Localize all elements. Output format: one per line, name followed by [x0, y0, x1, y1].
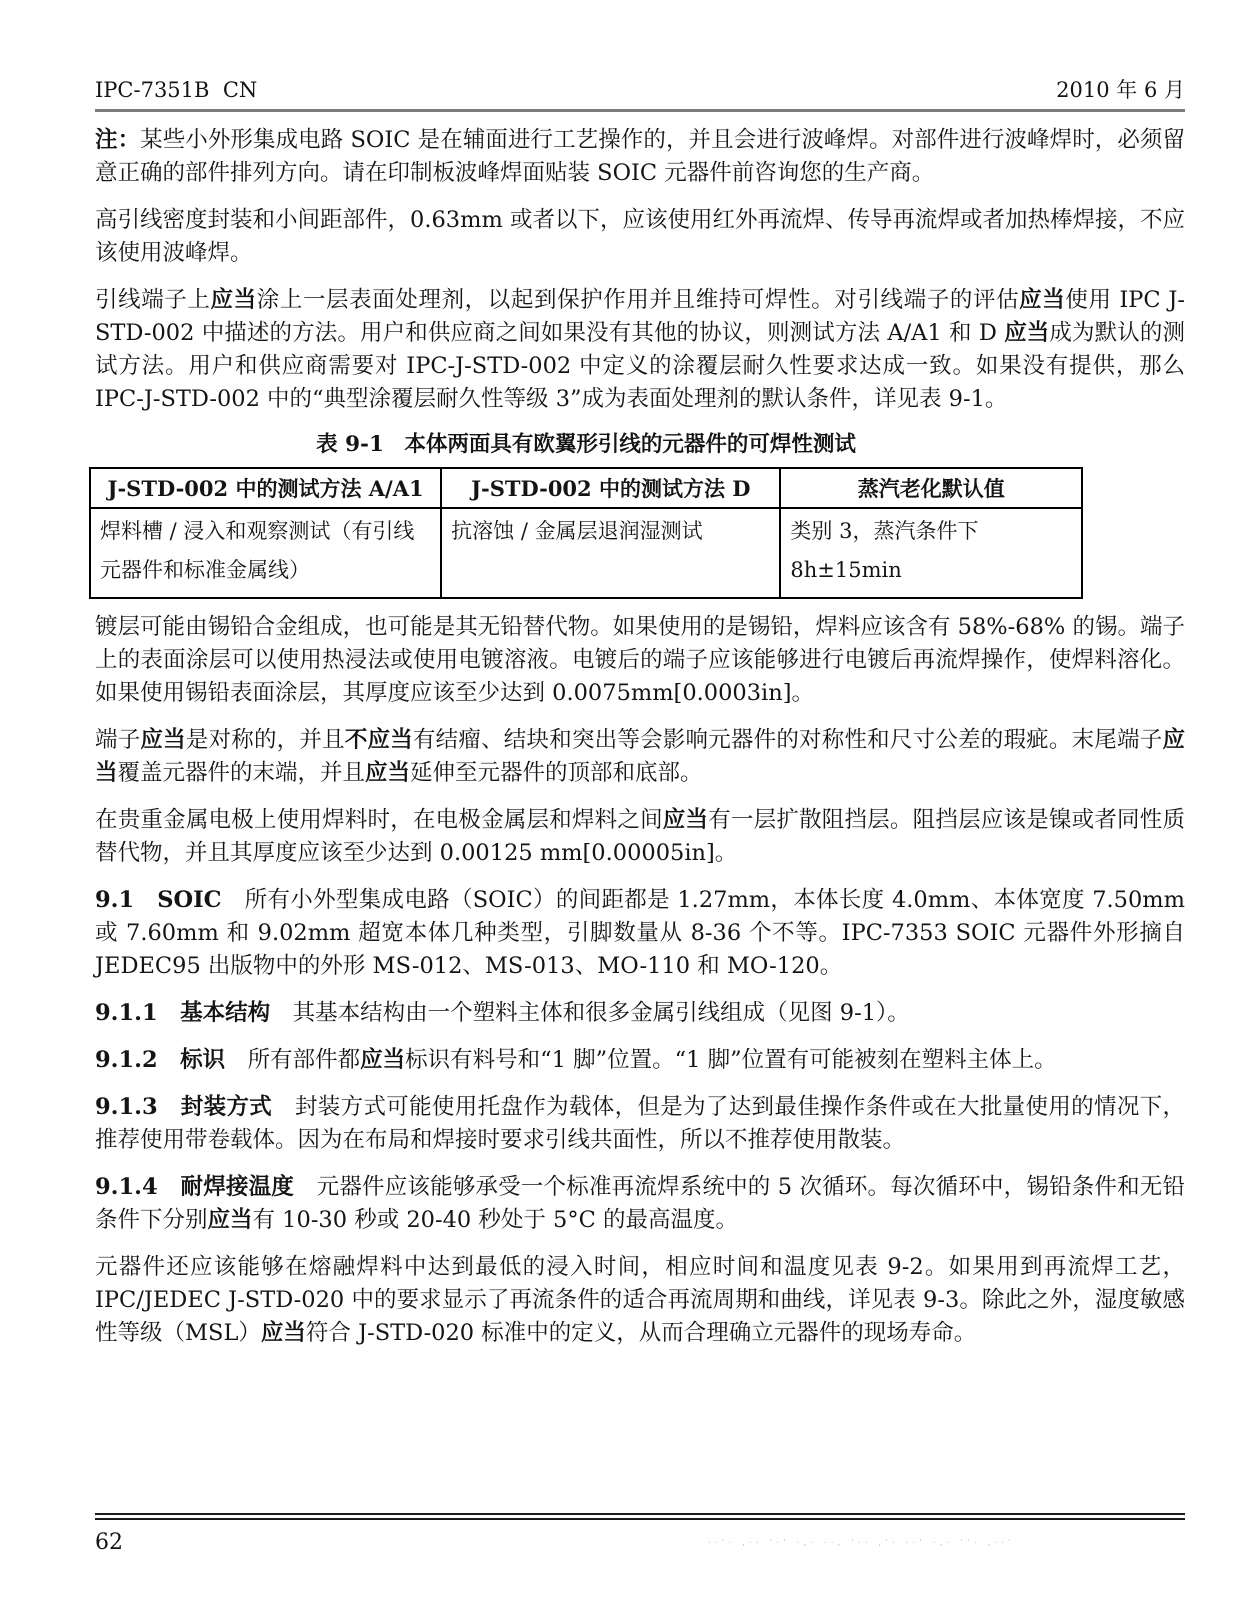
- section-9-1-4-soldering-temperature: 9.1.4 耐焊接温度 元器件应该能够承受一个标准再流焊系统中的 5 次循环。每…: [95, 1171, 1185, 1237]
- text-run: 应当: [208, 1207, 253, 1233]
- text-run: 应当: [140, 727, 185, 753]
- text-run: 应当: [1004, 320, 1049, 346]
- page-header: IPC-7351B CN 2010 年 6 月: [95, 0, 1185, 102]
- paragraph-plating: 镀层可能由锡铅合金组成，也可能是其无铅替代物。如果使用的是锡铅，焊料应该含有 5…: [95, 611, 1185, 710]
- text-run: 9.1.2 标识: [95, 1047, 225, 1073]
- text-run: 某些小外形集成电路 SOIC 是在辅面进行工艺操作的，并且会进行波峰焊。对部件进…: [95, 127, 1185, 186]
- text-run: 应当: [261, 1320, 306, 1346]
- paragraph-surface-finish: 引线端子上应当涂上一层表面处理剂，以起到保护作用并且维持可焊性。对引线端子的评估…: [95, 284, 1185, 416]
- page-footer: 62 ··'· ,·· '·' ·,· ··, '·· ,'· ··' ·,· …: [95, 1513, 1185, 1556]
- text-run: 符合 J-STD-020 标准中的定义，从而合理确立元器件的现场寿命。: [306, 1320, 976, 1346]
- text-run: 引线端子上: [95, 287, 211, 313]
- text-run: 应当: [360, 1047, 405, 1073]
- document-body: 注：某些小外形集成电路 SOIC 是在辅面进行工艺操作的，并且会进行波峰焊。对部…: [95, 124, 1185, 1350]
- table-caption: 表 9-1本体两面具有欧翼形引线的元器件的可焊性测试: [89, 430, 1083, 460]
- text-run: 其基本结构由一个塑料主体和很多金属引线组成（见图 9-1）。: [270, 1000, 910, 1026]
- table-row: 焊料槽 / 浸入和观察测试（有引线元器件和标准金属线） 抗溶蚀 / 金属层退润湿…: [90, 508, 1082, 598]
- text-run: 9.1.4 耐焊接温度: [95, 1174, 294, 1200]
- table-caption-label: 表 9-1: [316, 432, 384, 457]
- text-run: 是对称的，并且: [186, 727, 345, 753]
- text-run: 有结瘤、结块和突出等会影响元器件的对称性和尺寸公差的瑕疵。末尾端子: [413, 727, 1162, 753]
- section-9-1-3-packaging: 9.1.3 封装方式 封装方式可能使用托盘作为载体，但是为了达到最佳操作条件或在…: [95, 1091, 1185, 1157]
- section-9-1-1-basic-structure: 9.1.1 基本结构 其基本结构由一个塑料主体和很多金属引线组成（见图 9-1）…: [95, 997, 1185, 1030]
- page-content: IPC-7351B CN 2010 年 6 月 注：某些小外形集成电路 SOIC…: [95, 0, 1185, 1364]
- paragraph-note: 注：某些小外形集成电路 SOIC 是在辅面进行工艺操作的，并且会进行波峰焊。对部…: [95, 124, 1185, 190]
- text-run: 端子: [95, 727, 140, 753]
- table-9-1-block: 表 9-1本体两面具有欧翼形引线的元器件的可焊性测试 J-STD-002 中的测…: [89, 430, 1083, 599]
- section-9-1-soic: 9.1 SOIC 所有小外型集成电路（SOIC）的间距都是 1.27mm，本体长…: [95, 884, 1185, 983]
- text-run: 镀层可能由锡铅合金组成，也可能是其无铅替代物。如果使用的是锡铅，焊料应该含有 5…: [95, 614, 1185, 706]
- paragraph-lead-density: 高引线密度封装和小间距部件，0.63mm 或者以下，应该使用红外再流焊、传导再流…: [95, 204, 1185, 270]
- page-number: 62: [95, 1530, 123, 1555]
- text-run: 延伸至元器件的顶部和底部。: [410, 760, 703, 786]
- text-run: 应当: [663, 807, 708, 833]
- text-run: 应当: [1019, 287, 1065, 313]
- table-header-method-d: J-STD-002 中的测试方法 D: [441, 468, 780, 508]
- text-run: 应当: [211, 287, 257, 313]
- paragraph-closing: 元器件还应该能够在熔融焊料中达到最低的浸入时间，相应时间和温度见表 9-2。如果…: [95, 1251, 1185, 1350]
- solderability-test-table: J-STD-002 中的测试方法 A/A1 J-STD-002 中的测试方法 D…: [89, 467, 1083, 599]
- doc-date: 2010 年 6 月: [1056, 78, 1185, 102]
- paragraph-diffusion-barrier: 在贵重金属电极上使用焊料时，在电极金属层和焊料之间应当有一层扩散阻挡层。阻挡层应…: [95, 804, 1185, 870]
- text-run: 应当: [365, 760, 410, 786]
- doc-number: IPC-7351B CN: [95, 78, 257, 102]
- paragraph-terminal-symmetry: 端子应当是对称的，并且不应当有结瘤、结块和突出等会影响元器件的对称性和尺寸公差的…: [95, 724, 1185, 790]
- text-run: 不应当: [345, 727, 413, 753]
- section-9-1-2-marking: 9.1.2 标识 所有部件都应当标识有料号和“1 脚”位置。“1 脚”位置有可能…: [95, 1044, 1185, 1077]
- header-rule: [95, 109, 1185, 112]
- table-header-row: J-STD-002 中的测试方法 A/A1 J-STD-002 中的测试方法 D…: [90, 468, 1082, 508]
- table-header-steam-aging: 蒸汽老化默认值: [780, 468, 1082, 508]
- text-run: 9.1 SOIC: [95, 887, 222, 913]
- text-run: 在贵重金属电极上使用焊料时，在电极金属层和焊料之间: [95, 807, 663, 833]
- text-run: 9.1.1 基本结构: [95, 1000, 270, 1026]
- text-run: 所有小外型集成电路（SOIC）的间距都是 1.27mm，本体长度 4.0mm、本…: [95, 887, 1185, 979]
- text-run: 注：: [95, 127, 140, 153]
- table-header-method-a: J-STD-002 中的测试方法 A/A1: [90, 468, 441, 508]
- text-run: 所有部件都: [225, 1047, 360, 1073]
- text-run: 有 10-30 秒或 20-40 秒处于 5°C 的最高温度。: [253, 1207, 738, 1233]
- table-cell-method-d: 抗溶蚀 / 金属层退润湿测试: [441, 508, 780, 598]
- document-page: { "header": { "doc_number": "IPC-7351B C…: [0, 0, 1254, 1622]
- text-run: 涂上一层表面处理剂，以起到保护作用并且维持可焊性。对引线端子的评估: [257, 287, 1019, 313]
- footer-rule: [95, 1513, 1185, 1520]
- footer-row: 62 ··'· ,·· '·' ·,· ··, '·· ,'· ··' ·,· …: [95, 1530, 1185, 1556]
- text-run: 9.1.3 封装方式: [95, 1094, 272, 1120]
- table-cell-steam-aging: 类别 3，蒸汽条件下 8h±15min: [780, 508, 1082, 598]
- table-caption-text: 本体两面具有欧翼形引线的元器件的可焊性测试: [404, 432, 856, 457]
- footer-watermark: ··'· ,·· '·' ·,· ··, '·· ,'· ··' ·,· ''·…: [707, 1538, 1014, 1547]
- text-run: 覆盖元器件的末端，并且: [118, 760, 366, 786]
- table-cell-method-a: 焊料槽 / 浸入和观察测试（有引线元器件和标准金属线）: [90, 508, 441, 598]
- text-run: 标识有料号和“1 脚”位置。“1 脚”位置有可能被刻在塑料主体上。: [405, 1047, 1056, 1073]
- text-run: 高引线密度封装和小间距部件，0.63mm 或者以下，应该使用红外再流焊、传导再流…: [95, 207, 1185, 266]
